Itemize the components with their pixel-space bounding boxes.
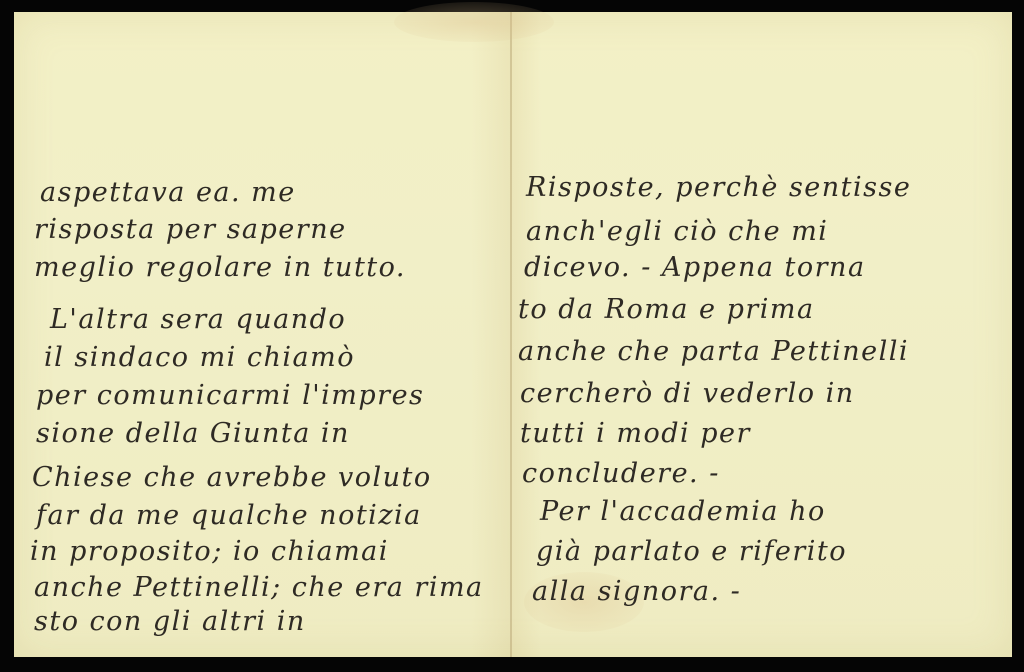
handwritten-line: far da me qualche notizia <box>36 498 422 534</box>
handwritten-line: risposta per saperne <box>34 212 347 248</box>
paper-stain <box>394 2 554 42</box>
handwritten-line: anch'egli ciò che mi <box>526 214 828 250</box>
handwritten-line: cercherò di vederlo in <box>520 376 855 412</box>
handwritten-line: in proposito; io chiamai <box>30 534 389 570</box>
handwritten-line: concludere. - <box>522 456 720 492</box>
handwritten-line: anche Pettinelli; che era rima <box>34 570 484 606</box>
handwritten-line: il sindaco mi chiamò <box>44 340 355 376</box>
handwritten-line: L'altra sera quando <box>50 302 346 338</box>
handwritten-line: to da Roma e prima <box>518 292 815 328</box>
handwritten-line: Risposte, perchè sentisse <box>526 170 911 206</box>
letter-sheet: aspettava ea. me risposta per saperne me… <box>14 12 1012 657</box>
handwritten-line: aspettava ea. me <box>40 175 296 211</box>
handwritten-line: anche che parta Pettinelli <box>518 334 909 370</box>
handwritten-line: per comunicarmi l'impres <box>36 378 424 414</box>
page-fold <box>510 12 512 657</box>
handwritten-line: già parlato e riferito <box>536 534 847 570</box>
handwritten-line: alla signora. - <box>532 574 741 610</box>
handwritten-line: tutti i modi per <box>520 416 751 452</box>
handwritten-line: meglio regolare in tutto. <box>34 250 406 286</box>
handwritten-line: dicevo. - Appena torna <box>524 250 866 286</box>
handwritten-line: sto con gli altri in <box>34 604 306 640</box>
handwritten-line: Chiese che avrebbe voluto <box>32 460 432 496</box>
handwritten-line: Per l'accademia ho <box>540 494 826 530</box>
handwritten-line: sione della Giunta in <box>36 416 350 452</box>
